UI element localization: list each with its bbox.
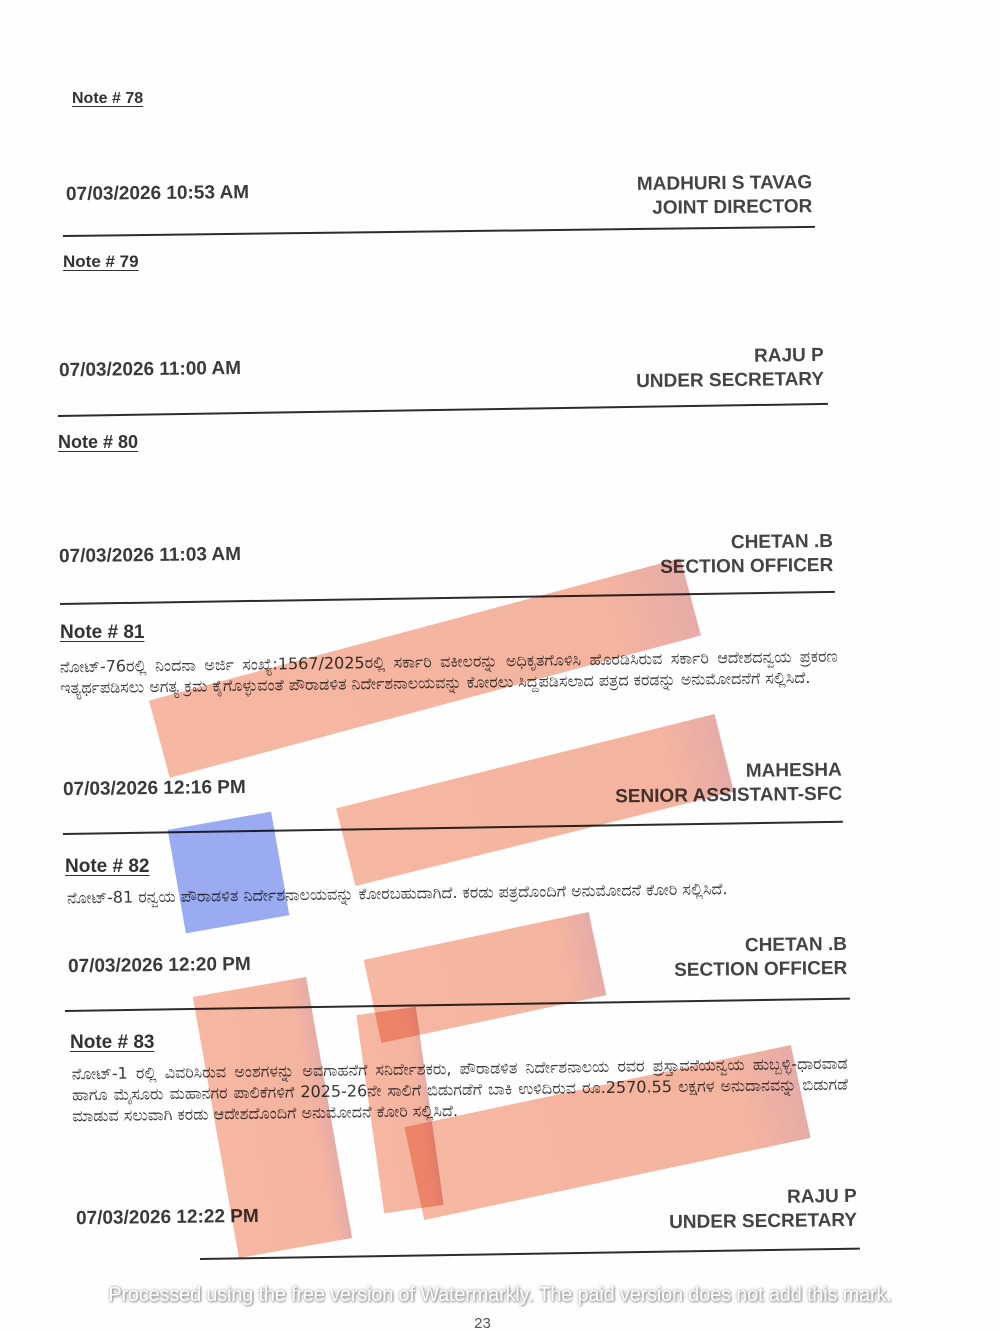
note-82-heading: Note # 82: [65, 856, 149, 878]
signer-title: UNDER SECRETARY: [636, 368, 824, 394]
note-78-heading: Note # 78: [72, 90, 143, 108]
note-82-timestamp: 07/03/2026 12:20 PM: [68, 954, 251, 978]
highlight-annotation-blue[interactable]: [168, 812, 290, 934]
signer-title: UNDER SECRETARY: [669, 1209, 857, 1235]
watermark-text: Processed using the free version of Wate…: [0, 1284, 1000, 1307]
signer-title: SECTION OFFICER: [660, 554, 833, 580]
note-78-signer: MADHURI S TAVAG JOINT DIRECTOR: [637, 171, 813, 221]
note-divider: [60, 591, 835, 605]
note-79-heading: Note # 79: [63, 252, 139, 272]
signer-title: JOINT DIRECTOR: [637, 195, 812, 221]
note-81-timestamp: 07/03/2026 12:16 PM: [63, 777, 246, 801]
signer-name: RAJU P: [669, 1185, 857, 1211]
note-81-heading: Note # 81: [60, 622, 144, 644]
note-80-heading: Note # 80: [58, 432, 138, 453]
note-divider: [200, 1248, 860, 1260]
page-number: 23: [0, 1315, 965, 1331]
signer-name: RAJU P: [636, 344, 824, 370]
note-79-signer: RAJU P UNDER SECRETARY: [636, 344, 824, 394]
signer-name: CHETAN .B: [660, 530, 833, 556]
document-page: Note # 78 07/03/2026 10:53 AM MADHURI S …: [0, 0, 1000, 1331]
note-78-timestamp: 07/03/2026 10:53 AM: [66, 182, 249, 206]
note-82-signer: CHETAN .B SECTION OFFICER: [674, 933, 848, 983]
signer-name: MADHURI S TAVAG: [637, 171, 812, 197]
note-80-timestamp: 07/03/2026 11:03 AM: [59, 544, 241, 568]
note-79-timestamp: 07/03/2026 11:00 AM: [59, 358, 241, 382]
signer-name: CHETAN .B: [674, 933, 847, 959]
note-83-heading: Note # 83: [70, 1032, 154, 1054]
note-divider: [63, 226, 815, 237]
signer-title: SECTION OFFICER: [674, 957, 847, 983]
note-divider: [58, 403, 828, 417]
note-80-signer: CHETAN .B SECTION OFFICER: [660, 530, 834, 580]
note-83-signer: RAJU P UNDER SECRETARY: [669, 1185, 857, 1235]
highlight-annotation[interactable]: [336, 714, 734, 886]
